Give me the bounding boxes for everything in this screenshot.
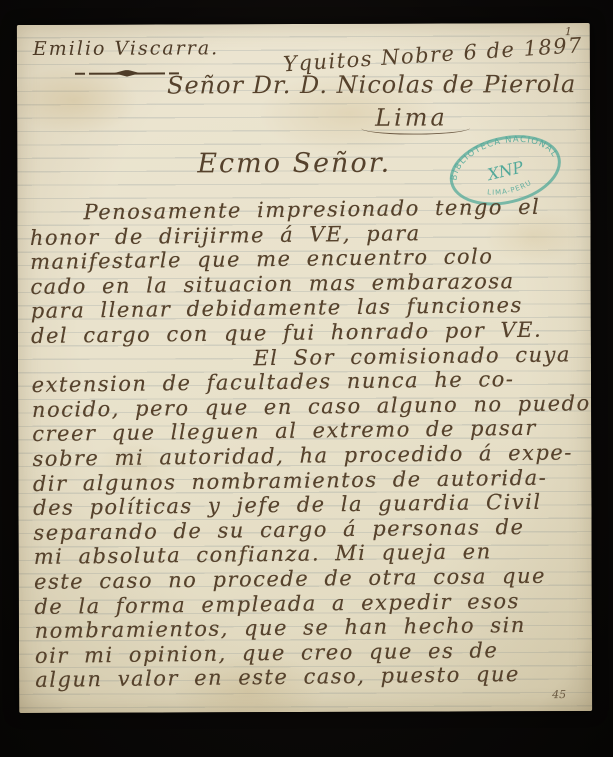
- flourish-diamond: [114, 70, 140, 77]
- manuscript-line: El Sor comisionado cuya: [253, 342, 584, 371]
- recipient-line: Señor Dr. D. Nicolas de Pierola: [167, 70, 576, 99]
- salutation: Ecmo Señor.: [197, 148, 391, 180]
- photograph-black-backdrop: Emilio Viscarra. 1 Yquitos Nobre 6 de 18…: [0, 0, 613, 757]
- stamp-center-monogram: XNP: [484, 157, 526, 184]
- recipient-city: Lima: [375, 103, 448, 131]
- page-number-bottom: 45: [552, 688, 566, 701]
- sender-name: Emilio Viscarra.: [33, 37, 219, 60]
- decorative-flourish: [75, 68, 179, 77]
- letter-body: Penosamente impresionado tengo el honor …: [29, 194, 588, 693]
- manuscript-page: Emilio Viscarra. 1 Yquitos Nobre 6 de 18…: [17, 23, 592, 713]
